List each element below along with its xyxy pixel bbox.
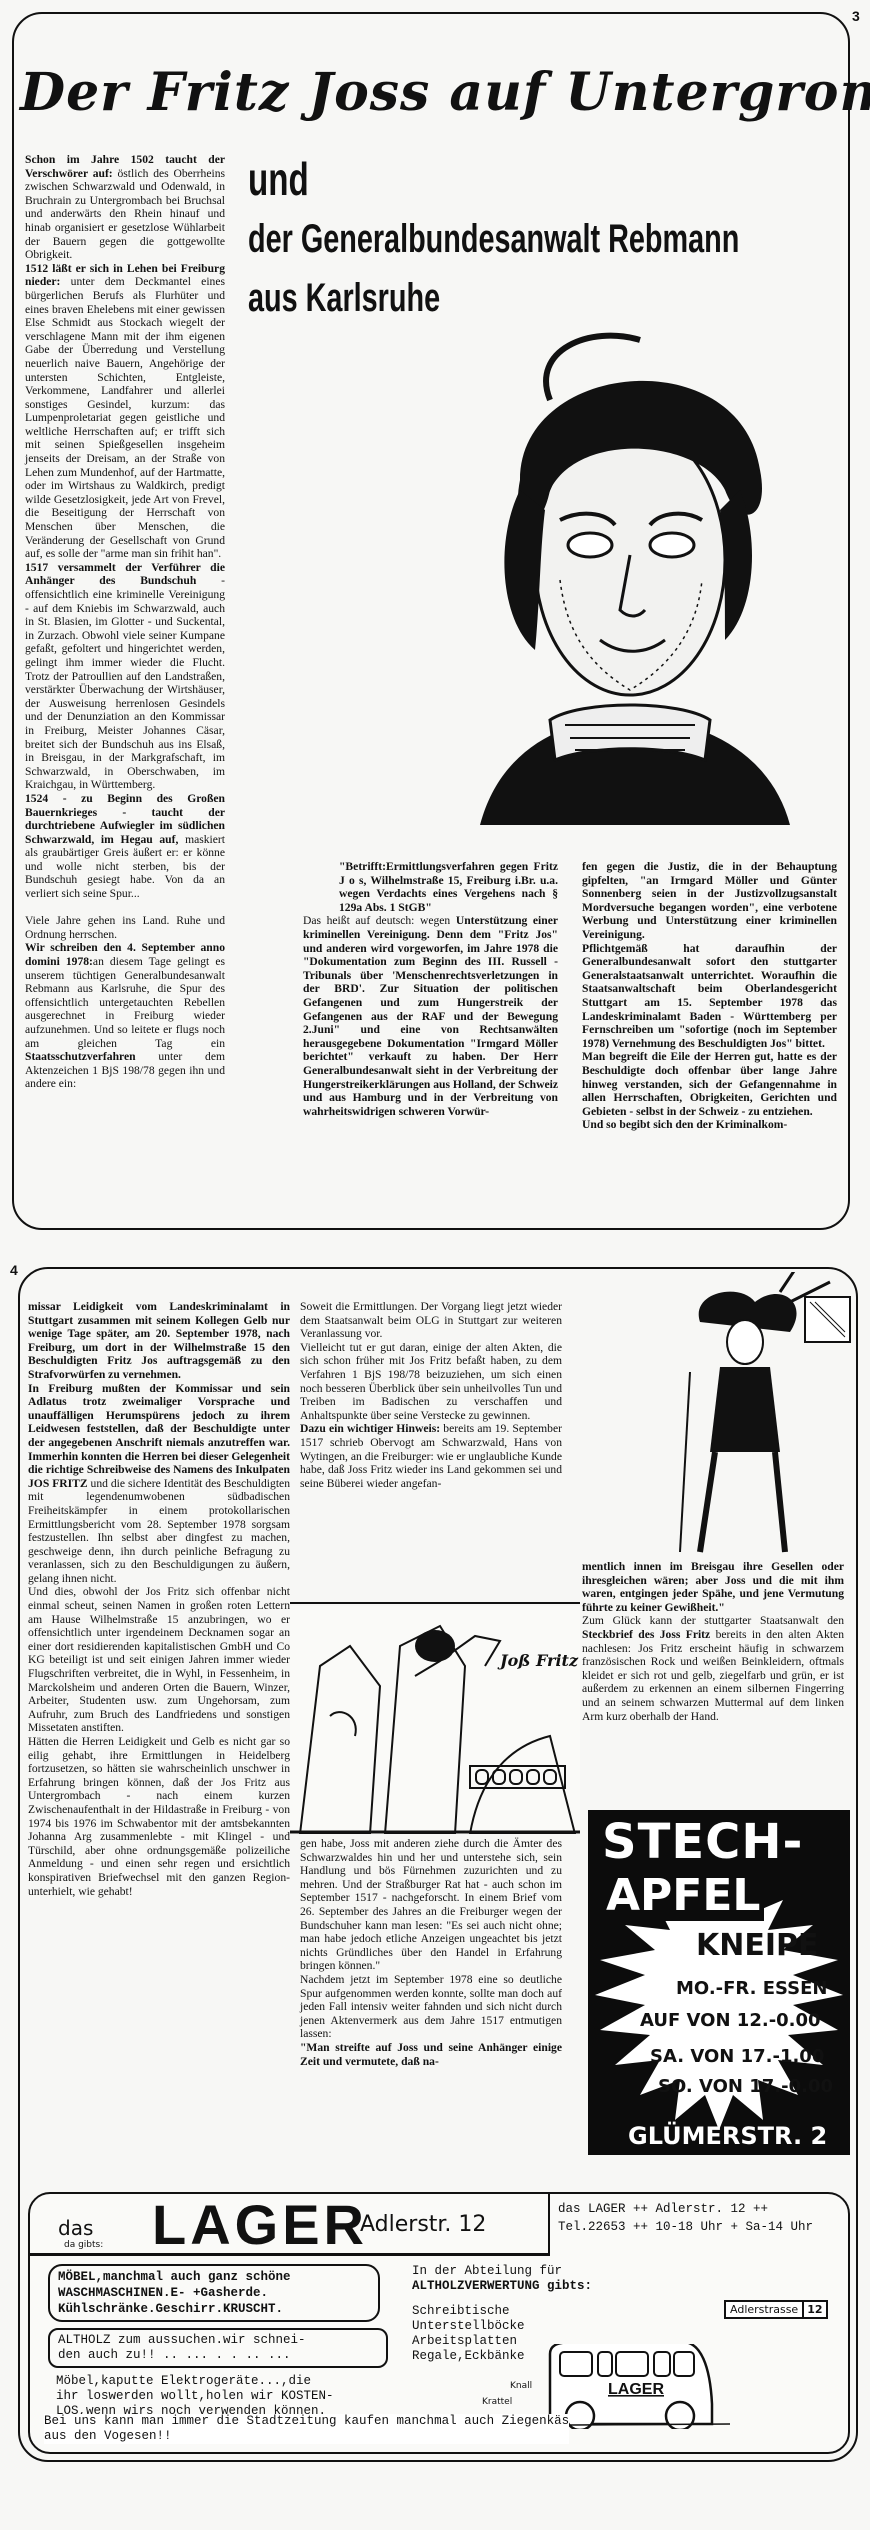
page-4: 4 missar Leidigkeit vom Landeskriminalam… [0,1262,870,2530]
lager-ad: das da gibts: LAGER Adlerstr. 12 das LAG… [28,2192,850,2454]
headline: Der Fritz Joss auf Untergrombach [20,62,870,123]
subhead-karlsruhe: aus Karlsruhe [248,276,440,321]
paragraph: 1517 versammelt der Verführer die Anhäng… [25,561,225,792]
paragraph: mentlich innen im Breisgau ihre Gesellen… [582,1560,844,1614]
paragraph: Soweit die Ermittlungen. Der Vorgang lie… [300,1300,562,1341]
paragraph: Schon im Jahre 1502 taucht der Verschwör… [25,153,225,262]
info-line-1: das LAGER ++ Adlerstr. 12 ++ [558,2200,813,2218]
ad-title-stech: STECH- [602,1814,803,1870]
info-line-2: Tel.22653 ++ 10-18 Uhr + Sa-14 Uhr [558,2218,813,2236]
ad-hours-4: SO. VON 17.-0.00 [658,2076,833,2097]
paragraph: fen gegen die Justiz, die in der Behaupt… [582,860,837,942]
landsknecht-illustration [660,1272,860,1562]
article-column-2-top: Soweit die Ermittlungen. Der Vorgang lie… [300,1300,562,1490]
moebel-line-3: Kühlschränke.Geschirr.KRUSCHT. [58,2301,370,2317]
entruempeln-line: ihr loswerden wollt,holen wir KOSTEN- [56,2389,396,2404]
ad-hours-3: SA. VON 17.-1.00 [650,2046,824,2067]
paragraph: Zum Glück kann der stuttgarter Staatsanw… [582,1614,844,1723]
ad-hours-1: MO.-FR. ESSEN [676,1978,828,1999]
paragraph: Man begreift die Eile der Herren gut, ha… [582,1050,837,1118]
article-column-3: fen gegen die Justiz, die in der Behaupt… [582,860,837,1132]
paragraph: Und so begibt sich den der Kriminalkom- [582,1118,837,1132]
portrait-illustration [440,320,820,840]
footer-line-1: Bei uns kann man immer die Stadtzeitung … [44,2414,569,2429]
page-3: 3 Der Fritz Joss auf Untergrombach Schon… [0,0,870,1240]
ad-title-kneipe: KNEIPE [696,1928,819,1963]
entruempeln-line: Möbel,kaputte Elektrogeräte...,die [56,2374,396,2389]
paragraph: Das heißt auf deutsch: wegen Unterstützu… [303,914,558,1118]
altholz-intro-line-2: ALTHOLZVERWERTUNG gibts: [412,2279,592,2294]
article-column-1: Schon im Jahre 1502 taucht der Verschwör… [25,153,225,1091]
paragraph: Viele Jahre gehen ins Land. Ruhe und Ord… [25,914,225,941]
altholz-intro-line-1: In der Abteilung für [412,2264,592,2279]
paragraph: missar Leidigkeit vom Landeskriminalamt … [28,1300,290,1382]
article-column-2-bottom: gen habe, Joss mit anderen ziehe durch d… [300,1837,562,2068]
paragraph: 1512 läßt er sich in Lehen bei Freiburg … [25,262,225,561]
street-sign-name: Adlerstrasse [726,2302,804,2317]
street-sign: Adlerstrasse 12 [724,2300,828,2319]
logo-prefix: das [58,2216,93,2240]
van-label: LAGER [608,2381,664,2398]
altholz-line-1: ALTHOLZ zum aussuchen.wir schnei- [58,2333,378,2348]
paragraph: "Man streifte auf Joss und seine Anhänge… [300,2041,562,2068]
ad-hours-2: AUF VON 12.-0.00 [640,2010,821,2031]
paragraph: Nachdem jetzt im September 1978 eine so … [300,1973,562,2041]
logo-sub: da gibts: [64,2240,103,2250]
paragraph: 1524 - zu Beginn des Großen Bauernkriege… [25,792,225,901]
paragraph: gen habe, Joss mit anderen ziehe durch d… [300,1837,562,1973]
footer-line-2: aus den Vogesen!! [44,2429,569,2444]
altholz-item: Schreibtische [412,2304,525,2319]
sound-word: Krattel [482,2397,512,2407]
altholz-intro: In der Abteilung für ALTHOLZVERWERTUNG g… [412,2264,592,2294]
altholz-line-2: den auch zu!! .. ... . . .. ... [58,2348,378,2363]
paragraph: In Freiburg mußten der Kommissar und sei… [28,1382,290,1586]
woodcut-illustration: Joß Fritz [290,1606,580,1834]
ad-address: GLÜMERSTR. 2 [628,2122,827,2150]
paragraph: Pflichtgemäß hat daraufhin der Generalbu… [582,942,837,1051]
logo-address: Adlerstr. 12 [360,2212,486,2237]
article-column-2: "Betrifft:Ermittlungsverfahren gegen Fri… [303,860,558,1118]
subhead-generalbundesanwalt: der Generalbundesanwalt Rebmann [248,217,739,262]
article-column-3: mentlich innen im Breisgau ihre Gesellen… [582,1560,844,1723]
altholz-item: Unterstellböcke [412,2319,525,2334]
paragraph: Und dies, obwohl der Jos Fritz sich offe… [28,1585,290,1735]
sound-word: Knall [510,2381,532,2391]
page-number: 4 [10,1262,18,1278]
illustration-top-rule [290,1602,580,1604]
paragraph-gap [25,901,225,915]
moebel-line-1: MÖBEL,manchmal auch ganz schöne [58,2269,370,2285]
lager-info: das LAGER ++ Adlerstr. 12 ++ Tel.22653 +… [558,2200,813,2236]
lager-logo: LAGER [152,2192,368,2257]
paragraph: Wir schreiben den 4. September anno domi… [25,941,225,1091]
page-number: 3 [852,8,860,24]
ad-title-apfel: APFEL [602,1870,764,1921]
lager-footer: Bei uns kann man immer die Stadtzeitung … [44,2414,569,2444]
illustration-caption: Joß Fritz [497,1651,579,1670]
paragraph: Hätten die Herren Leidigkeit und Gelb es… [28,1735,290,1898]
article-column-1: missar Leidigkeit vom Landeskriminalamt … [28,1300,290,1898]
paragraph: Dazu ein wichtiger Hinweis: bereits am 1… [300,1422,562,1490]
lager-logo-box: das da gibts: LAGER Adlerstr. 12 [30,2194,550,2256]
altholz-box: ALTHOLZ zum aussuchen.wir schnei- den au… [48,2328,388,2368]
moebel-line-2: WASCHMASCHINEN.E- +Gasherde. [58,2285,370,2301]
stechapfel-kneipe-ad: STECH- APFEL KNEIPE MO.-FR. ESSEN AUF VO… [588,1810,850,2155]
street-sign-number: 12 [804,2302,825,2317]
subhead-und: und [248,152,309,206]
paragraph: Vielleicht tut er gut daran, einige der … [300,1341,562,1423]
paragraph: "Betrifft:Ermittlungsverfahren gegen Fri… [303,860,558,914]
moebel-box: MÖBEL,manchmal auch ganz schöne WASCHMAS… [48,2264,380,2322]
